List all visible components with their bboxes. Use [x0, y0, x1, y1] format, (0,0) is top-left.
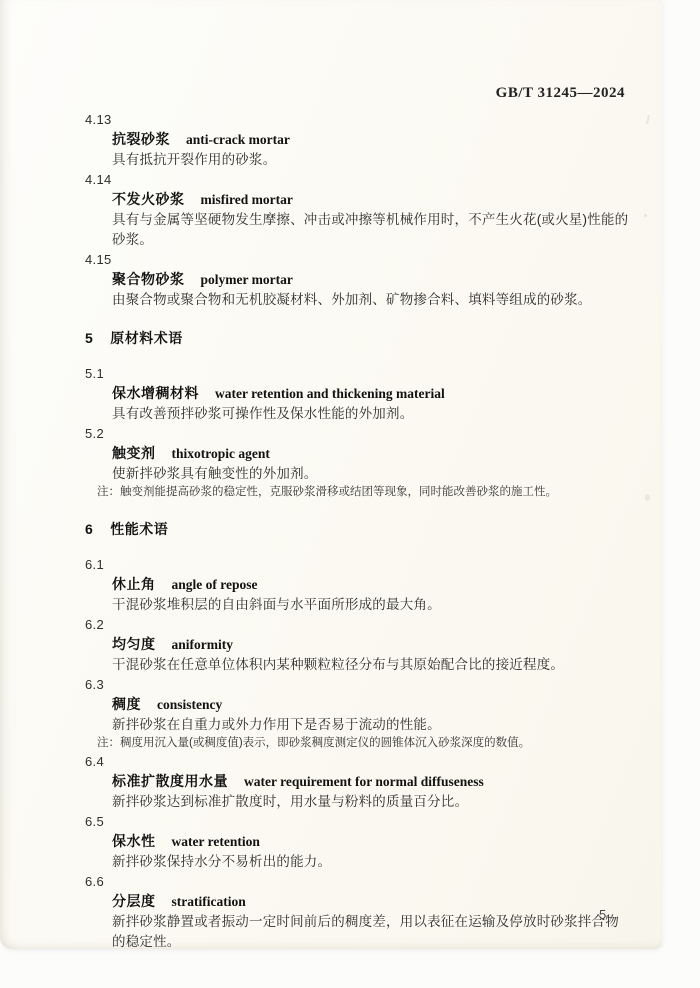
entry-term-line: 保水性water retention — [112, 831, 662, 852]
term-english: consistency — [157, 697, 222, 712]
term-entry-4.15: 4.15聚合物砂浆polymer mortar由聚合物或聚合物和无机胶凝材料、外… — [0, 250, 662, 310]
entry-term-line: 标准扩散度用水量water requirement for normal dif… — [112, 771, 662, 792]
entry-term-line: 抗裂砂浆anti-crack mortar — [112, 129, 662, 150]
section-5: 5原材料术语5.1保水增稠材料water retention and thick… — [0, 328, 662, 501]
term-english: stratification — [172, 894, 246, 909]
entry-term-line: 聚合物砂浆polymer mortar — [112, 269, 662, 290]
entry-definition: 由聚合物或聚合物和无机胶凝材料、外加剂、矿物掺合料、填料等组成的砂浆。 — [112, 290, 632, 310]
section-continued: 4.13抗裂砂浆anti-crack mortar具有抵抗开裂作用的砂浆。4.1… — [0, 110, 662, 310]
term-english: water requirement for normal diffuseness — [244, 774, 484, 789]
term-english: water retention and thickening material — [215, 386, 445, 401]
term-entry-6.3: 6.3稠度consistency新拌砂浆在自重力或外力作用下是否易于流动的性能。… — [0, 675, 662, 752]
section-label: 性能术语 — [110, 521, 168, 537]
term-english: water retention — [172, 834, 260, 849]
entry-definition: 干混砂浆堆积层的自由斜面与水平面所形成的最大角。 — [112, 595, 632, 615]
entry-definition: 具有改善预拌砂浆可操作性及保水性能的外加剂。 — [112, 404, 632, 424]
term-english: angle of repose — [172, 577, 258, 592]
document-page: GB/T 31245—2024 4.13抗裂砂浆anti-crack morta… — [0, 0, 662, 949]
term-entry-5.1: 5.1保水增稠材料water retention and thickening … — [0, 364, 662, 424]
term-chinese: 保水性 — [112, 833, 156, 849]
entry-definition: 新拌砂浆达到标准扩散度时，用水量与粉料的质量百分比。 — [112, 792, 632, 812]
entry-number: 6.1 — [85, 555, 662, 574]
entry-definition: 新拌砂浆在自重力或外力作用下是否易于流动的性能。 — [112, 715, 632, 735]
term-entry-6.6: 6.6分层度stratification新拌砂浆静置或者振动一定时间前后的稠度差… — [0, 872, 662, 952]
standard-number-header: GB/T 31245—2024 — [496, 85, 625, 102]
entry-term-line: 均匀度aniformity — [112, 634, 662, 655]
term-english: polymer mortar — [201, 272, 293, 287]
term-chinese: 触变剂 — [112, 445, 156, 461]
term-chinese: 抗裂砂浆 — [112, 131, 170, 147]
term-chinese: 标准扩散度用水量 — [112, 773, 228, 789]
section-title: 6性能术语 — [85, 519, 662, 539]
term-chinese: 休止角 — [112, 576, 156, 592]
term-entry-4.13: 4.13抗裂砂浆anti-crack mortar具有抵抗开裂作用的砂浆。 — [0, 110, 662, 170]
entry-number: 6.3 — [85, 675, 662, 694]
entry-term-line: 保水增稠材料water retention and thickening mat… — [112, 383, 662, 404]
entry-number: 6.4 — [85, 752, 662, 771]
term-entry-4.14: 4.14不发火砂浆misfired mortar具有与金属等坚硬物发生摩擦、冲击… — [0, 170, 662, 250]
term-entry-6.5: 6.5保水性water retention新拌砂浆保持水分不易析出的能力。 — [0, 812, 662, 872]
term-english: anti-crack mortar — [186, 132, 290, 147]
entry-term-line: 分层度stratification — [112, 891, 662, 912]
entry-definition: 使新拌砂浆具有触变性的外加剂。 — [112, 464, 632, 484]
section-label: 原材料术语 — [110, 330, 183, 346]
entry-definition: 新拌砂浆保持水分不易析出的能力。 — [112, 852, 632, 872]
entry-note: 注：稠度用沉入量(或稠度值)表示，即砂浆稠度测定仪的圆锥体沉入砂浆深度的数值。 — [97, 735, 632, 752]
entry-number: 4.13 — [85, 110, 662, 129]
scan-artifact — [645, 494, 650, 501]
entry-number: 4.15 — [85, 250, 662, 269]
section-number: 6 — [85, 521, 93, 537]
term-entry-6.1: 6.1休止角angle of repose干混砂浆堆积层的自由斜面与水平面所形成… — [0, 555, 662, 615]
term-entry-5.2: 5.2触变剂thixotropic agent使新拌砂浆具有触变性的外加剂。注：… — [0, 424, 662, 501]
term-entry-6.2: 6.2均匀度aniformity干混砂浆在任意单位体积内某种颗粒粒径分布与其原始… — [0, 615, 662, 675]
page-number: 5 — [599, 907, 606, 922]
section-6: 6性能术语6.1休止角angle of repose干混砂浆堆积层的自由斜面与水… — [0, 519, 662, 952]
entry-term-line: 触变剂thixotropic agent — [112, 443, 662, 464]
term-chinese: 不发火砂浆 — [112, 191, 185, 207]
section-title: 5原材料术语 — [85, 328, 662, 348]
term-english: aniformity — [172, 637, 234, 652]
term-chinese: 聚合物砂浆 — [112, 271, 185, 287]
term-chinese: 均匀度 — [112, 636, 156, 652]
term-chinese: 保水增稠材料 — [112, 385, 199, 401]
term-chinese: 稠度 — [112, 696, 141, 712]
term-entry-6.4: 6.4标准扩散度用水量water requirement for normal … — [0, 752, 662, 812]
entry-term-line: 不发火砂浆misfired mortar — [112, 189, 662, 210]
entry-term-line: 休止角angle of repose — [112, 574, 662, 595]
entry-definition: 新拌砂浆静置或者振动一定时间前后的稠度差，用以表征在运输及停放时砂浆拌合物的稳定… — [112, 912, 632, 952]
entry-definition: 具有与金属等坚硬物发生摩擦、冲击或冲擦等机械作用时，不产生火花(或火星)性能的砂… — [112, 210, 632, 250]
section-number: 5 — [85, 330, 93, 346]
term-english: misfired mortar — [201, 192, 293, 207]
entry-definition: 具有抵抗开裂作用的砂浆。 — [112, 150, 632, 170]
term-chinese: 分层度 — [112, 893, 156, 909]
entry-number: 6.2 — [85, 615, 662, 634]
scan-artifact — [644, 214, 647, 217]
entry-number: 6.6 — [85, 872, 662, 891]
entry-number: 4.14 — [85, 170, 662, 189]
entry-definition: 干混砂浆在任意单位体积内某种颗粒粒径分布与其原始配合比的接近程度。 — [112, 655, 632, 675]
scanner-background: GB/T 31245—2024 4.13抗裂砂浆anti-crack morta… — [0, 0, 700, 988]
entry-note: 注：触变剂能提高砂浆的稳定性，克服砂浆滑移或结团等现象，同时能改善砂浆的施工性。 — [97, 484, 632, 501]
entry-number: 5.2 — [85, 424, 662, 443]
entry-number: 5.1 — [85, 364, 662, 383]
terms-content: 4.13抗裂砂浆anti-crack mortar具有抵抗开裂作用的砂浆。4.1… — [0, 110, 662, 952]
term-english: thixotropic agent — [172, 446, 270, 461]
entry-term-line: 稠度consistency — [112, 694, 662, 715]
entry-number: 6.5 — [85, 812, 662, 831]
